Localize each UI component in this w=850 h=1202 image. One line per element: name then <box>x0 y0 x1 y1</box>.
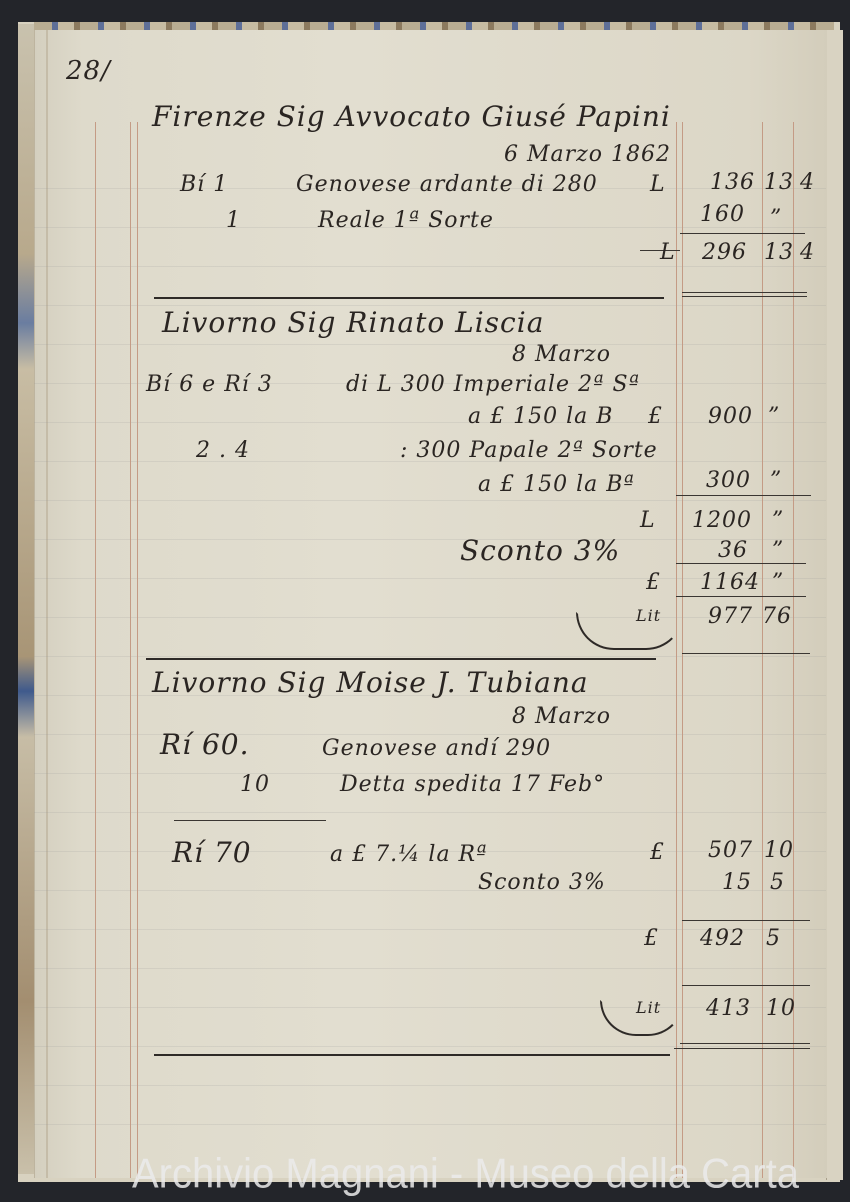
entry-3-total-rule <box>682 985 810 986</box>
entry-2-line-4-desc: a £ 150 la Bª <box>478 472 635 497</box>
entry-1-line-1-amount: 136 <box>710 170 755 195</box>
entry-3-net-rule <box>682 920 810 921</box>
entry-2-subtotal-amount: 1200 <box>692 508 752 533</box>
entry-2-line-3-desc: : 300 Papale 2ª Sorte <box>400 438 658 463</box>
entry-2-line-1-qty: Bí 6 e Rí 3 <box>146 372 273 397</box>
entry-3-line-2-qty: 10 <box>240 772 270 797</box>
archive-watermark: Archivio Magnani - Museo della Carta <box>132 1151 799 1198</box>
entry-3-line-1-desc: Genovese andí 290 <box>322 736 551 761</box>
entry-3-rate-qty: Rí 70 <box>172 836 252 869</box>
entry-1-date: 6 Marzo 1862 <box>504 142 671 167</box>
entry-3-line-1-qty: Rí 60. <box>160 728 249 761</box>
entry-3-net-sub1: 5 <box>766 926 781 951</box>
entry-2-net-currency: £ <box>646 570 661 595</box>
entry-1-total-sub2: 4 <box>800 240 815 265</box>
entry-3-discount-label: Sconto 3% <box>478 870 606 895</box>
entry-3-closing-rule-b <box>674 1048 810 1049</box>
entry-2-line-2-amount: 900 <box>708 404 753 429</box>
entry-2-net-sub1: ” <box>772 570 784 595</box>
entry-3-net-currency: £ <box>644 926 659 951</box>
entry-1-line-2-amount: 160 <box>700 202 745 227</box>
entry-2-sum-rule <box>676 495 811 496</box>
entry-3-net-amount: 492 <box>700 926 745 951</box>
entry-3-discount-sub1: 5 <box>770 870 785 895</box>
entry-1-line-1-currency: L <box>650 172 666 197</box>
entry-2-line-1-desc: di L 300 Imperiale 2ª Sª <box>346 372 640 397</box>
entry-1-line-2-desc: Reale 1ª Sorte <box>318 208 494 233</box>
entry-2-total-amount: 977 <box>708 604 753 629</box>
entry-3-date: 8 Marzo <box>512 704 611 729</box>
entry-2-heading: Livorno Sig Rinato Liscia <box>162 306 544 339</box>
entry-1-line-1-sub1: 13 <box>764 170 794 195</box>
entry-3-discount-amount: 15 <box>722 870 752 895</box>
entry-1-sum-rule <box>680 233 805 234</box>
entry-3-line-2-desc: Detta spedita 17 Feb° <box>340 772 605 797</box>
entry-2-net-amount: 1164 <box>700 570 760 595</box>
entry-3-total-sub1: 10 <box>766 996 796 1021</box>
entry-2-subtotal-sub1: ” <box>772 508 784 533</box>
entry-3-closing-rule-a <box>680 1043 810 1044</box>
entry-2-line-4-sub1: ” <box>770 468 782 493</box>
entry-1-line-1-desc: Genovese ardante di 280 <box>296 172 598 197</box>
entry-2-total-rule <box>676 596 806 597</box>
entry-1-line-1-sub2: 4 <box>800 170 815 195</box>
entry-2-line-2-desc: a £ 150 la B <box>468 404 613 429</box>
entry-separator-2 <box>146 658 656 660</box>
entry-1-line-2-qty: 1 <box>226 208 241 233</box>
entry-2-total-sub1: 76 <box>762 604 792 629</box>
ruling-left-2 <box>130 122 131 1178</box>
entry-2-net-rule <box>676 563 806 564</box>
entry-2-line-2-sub1: ” <box>768 404 780 429</box>
entry-1-line-1-qty: Bí 1 <box>180 172 228 197</box>
entry-1-closing-rule-b <box>682 296 807 297</box>
entry-1-total-currency: L <box>660 240 676 265</box>
entry-1-line-2-sub1: ” <box>770 206 782 231</box>
ruling-amount-2 <box>682 122 683 1178</box>
ruling-left-1 <box>95 122 96 1178</box>
entry-2-discount-amount: 36 <box>718 538 748 563</box>
entry-2-subtotal-currency: L <box>640 508 656 533</box>
ruling-left-3 <box>137 122 138 1178</box>
marbled-binding-edge <box>18 24 34 1174</box>
entry-3-total-amount: 413 <box>706 996 751 1021</box>
entry-2-date: 8 Marzo <box>512 342 611 367</box>
entry-1-closing-rule-a <box>682 292 807 293</box>
entry-1-total-amount: 296 <box>702 240 747 265</box>
entry-3-rate-currency: £ <box>650 840 665 865</box>
entry-2-discount-label: Sconto 3% <box>460 534 620 567</box>
entry-1-total-sub1: 13 <box>764 240 794 265</box>
entry-separator-3 <box>154 1054 670 1056</box>
next-leaf-edge <box>826 30 843 1180</box>
entry-3-rate-sub1: 10 <box>764 838 794 863</box>
entry-3-qty-sum-rule <box>174 820 326 821</box>
entry-3-heading: Livorno Sig Moise J. Tubiana <box>152 666 589 699</box>
entry-2-line-4-amount: 300 <box>706 468 751 493</box>
entry-3-rate-desc: a £ 7.¼ la Rª <box>330 842 488 867</box>
entry-2-closing-rule <box>682 653 810 654</box>
entry-3-rate-amount: 507 <box>708 838 753 863</box>
entry-1-heading: Firenze Sig Avvocato Giusé Papini <box>152 100 671 133</box>
entry-2-line-3-qty: 2 . 4 <box>196 438 250 463</box>
entry-2-line-2-currency: £ <box>648 404 663 429</box>
ruling-sub-1 <box>762 122 763 1178</box>
entry-2-discount-sub1: ” <box>772 538 784 563</box>
folio-number: 28/ <box>66 56 111 86</box>
entry-separator-1 <box>154 297 664 299</box>
